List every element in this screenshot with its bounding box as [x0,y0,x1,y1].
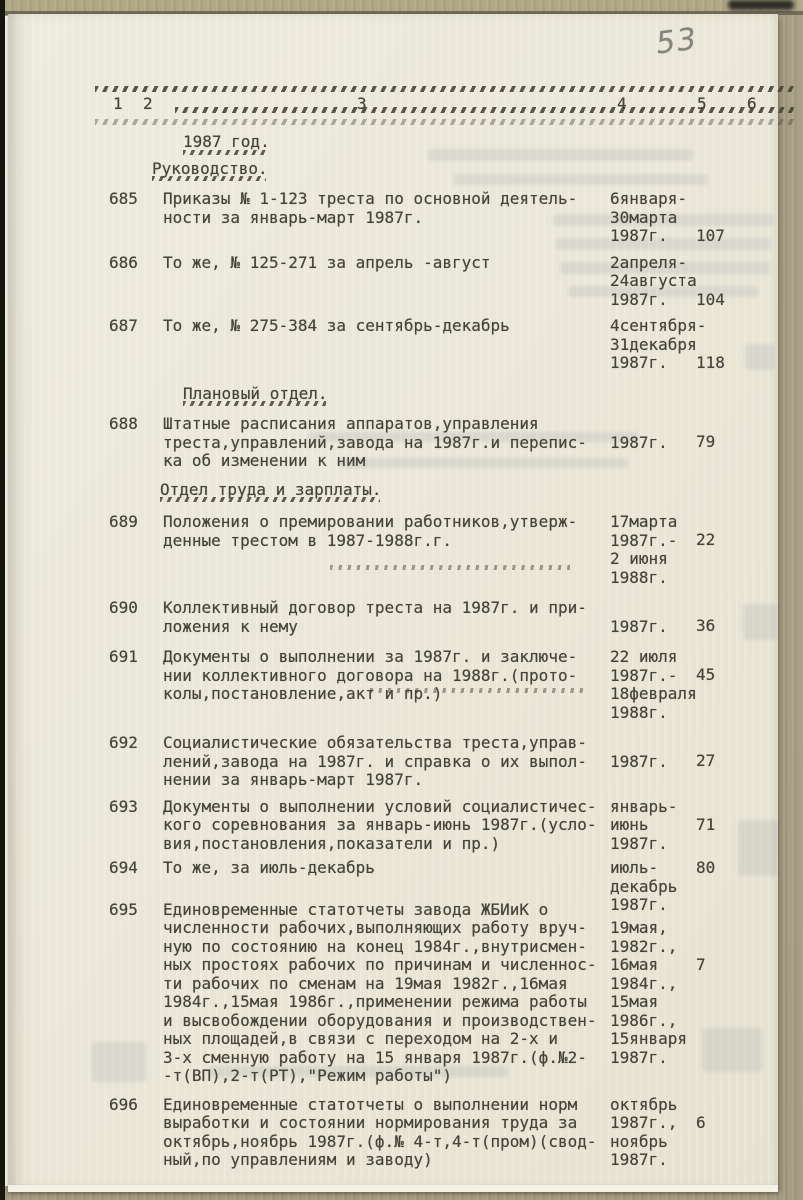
entry-date-text: 22 июля 1987г.- 18февраля 1988г. [610,647,697,722]
entry-description: Единовременные статотчеты о выполнении н… [163,1096,610,1170]
entry-row: 692 Социалистические обязательства трест… [105,734,767,790]
entry-number: 686 [105,254,163,310]
section-heading-planovy-otdel: Плановый отдел. [183,385,328,406]
entry-number: 687 [105,317,163,373]
column-number: 4 [617,94,627,113]
entry-description: Единовременные статотчеты завода ЖБИиК о… [163,901,610,1086]
typed-squiggle [370,688,585,693]
entry-number: 692 [105,734,163,790]
entry-count: 118 [696,354,725,373]
entry-date-text: октябрь 1987г., ноябрь 1987г. [610,1095,677,1170]
column-number: 1 [113,94,123,113]
entry-dates: январь- июнь 1987г.71 [610,798,765,854]
entry-description: Штатные расписания аппаратов,управления … [163,415,610,471]
column-header-band: 1 2 3 4 5 6 [95,86,794,128]
entry-number: 688 [105,415,163,471]
entry-dates: 17марта 1987г.- 2 июня 1988г.22 [610,513,765,587]
entry-date-text: 4сентября- 31декабря 1987г. [610,316,706,372]
entry-description: Приказы № 1-123 треста по основной деяте… [163,190,610,246]
entry-dates: 1987г.79 [610,415,765,471]
column-number: 2 [143,94,153,113]
entry-number: 689 [105,513,163,587]
entry-row: 695 Единовременные статотчеты завода ЖБИ… [105,901,767,1086]
entry-description: То же, № 125-271 за апрель -август [163,254,610,310]
entry-count: 79 [696,433,715,452]
entry-row: 688 Штатные расписания аппаратов,управле… [105,415,767,471]
entry-description: Документы о выполнении за 1987г. и заклю… [163,648,610,722]
entry-dates: 22 июля 1987г.- 18февраля 1988г.45 [610,648,765,722]
entry-number: 685 [105,190,163,246]
entry-number: 691 [105,648,163,722]
entry-row: 693 Документы о выполнении условий социа… [105,798,767,854]
entry-number: 696 [105,1096,163,1170]
entry-row: 696 Единовременные статотчеты о выполнен… [105,1096,767,1170]
page-number: 53 [654,22,700,62]
entry-row: 686 То же, № 125-271 за апрель -август 2… [105,254,767,310]
section-heading-rukovodstvo: Руководство. [152,160,268,181]
entry-number: 690 [105,599,163,636]
entry-count: 80 [696,859,715,878]
entry-count: 36 [696,617,715,636]
year-heading: 1987 год. [183,133,270,154]
entry-description: Документы о выполнении условий социалист… [163,798,610,854]
section-heading-otdel-truda: Отдел труда и зарплаты. [160,481,382,502]
entry-date-text: 19мая, 1982г., 16мая 1984г., 15мая 1986г… [610,918,687,1067]
entry-date-text: 1987г. [610,752,668,771]
entry-description: Коллективный договор треста на 1987г. и … [163,599,610,636]
entry-date-text: январь- июнь 1987г. [610,797,677,853]
entry-count: 45 [696,666,715,685]
entry-date-text: 17марта 1987г.- 2 июня 1988г. [610,512,677,587]
entry-dates: октябрь 1987г., ноябрь 1987г.6 [610,1096,765,1170]
inventory-list: 1987 год. Руководство. 685 Приказы № 1-1… [105,133,767,1170]
entry-count: 6 [696,1114,706,1133]
column-number: 6 [747,94,757,113]
typed-dash-line [95,119,794,125]
entry-description: То же, № 275-384 за сентябрь-декабрь [163,317,610,373]
entry-count: 22 [696,531,715,550]
entry-dates: 19мая, 1982г., 16мая 1984г., 15мая 1986г… [610,901,765,1086]
column-number: 5 [697,94,707,113]
entry-dates: 1987г.36 [610,599,765,636]
entry-row: 685 Приказы № 1-123 треста по основной д… [105,190,767,246]
entry-description: Положения о премировании работников,утве… [163,513,610,587]
entry-count: 27 [696,752,715,771]
entry-row: 687 То же, № 275-384 за сентябрь-декабрь… [105,317,767,373]
entry-number: 695 [105,901,163,1086]
entry-count: 107 [696,227,725,246]
entry-dates: 1987г.27 [610,734,765,790]
entry-count: 104 [696,291,725,310]
entry-number: 693 [105,798,163,854]
entry-row: 691 Документы о выполнении за 1987г. и з… [105,648,767,722]
entry-date-text: 2апреля- 24августа 1987г. [610,253,697,309]
entry-count: 71 [696,816,715,835]
column-number: 3 [357,94,367,113]
entry-description: Социалистические обязательства треста,уп… [163,734,610,790]
entry-row: 689 Положения о премировании работников,… [105,513,767,587]
entry-date-text: 1987г. [610,617,668,636]
scan-corner-smudge [728,0,794,10]
entry-date-text: 6января- 30марта 1987г. [610,189,687,245]
archive-page: 53 1 2 3 4 5 6 1987 год. Руководство. 68… [8,14,778,1188]
entry-dates: 4сентября- 31декабря 1987г.118 [610,317,765,373]
entry-count: 7 [696,956,706,975]
entry-dates: 2апреля- 24августа 1987г.104 [610,254,765,310]
entry-row: 690 Коллективный договор треста на 1987г… [105,599,767,636]
entry-date-text: 1987г. [610,433,668,452]
typed-dash-line [95,86,794,92]
entry-dates: 6января- 30марта 1987г.107 [610,190,765,246]
typed-squiggle [330,565,570,570]
